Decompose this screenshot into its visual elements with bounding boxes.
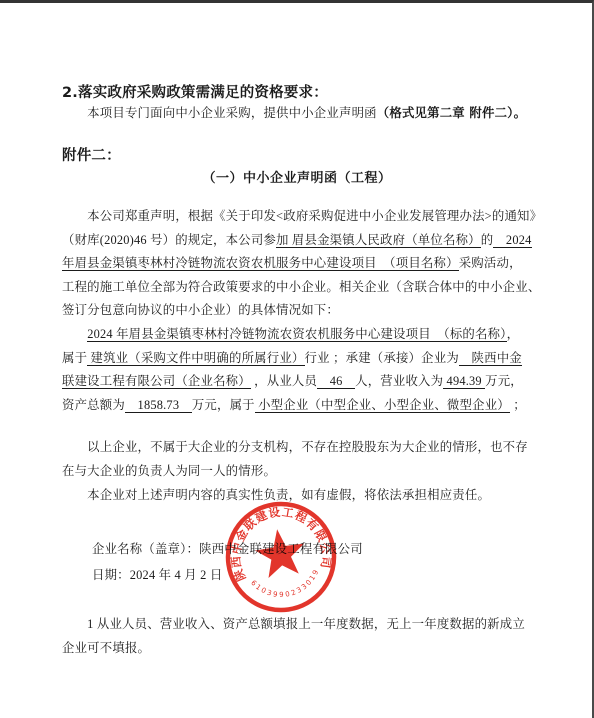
qualification-intro-paragraph: 本项目专门面向中小企业采购，提供中小企业声明函（格式见第二章 附件二）。 <box>62 101 542 126</box>
company-seal-stamp: 陕西中金联建设工程有限公司 6103990233019 <box>215 491 346 622</box>
document-page: 2.落实政府采购政策需满足的资格要求： 本项目专门面向中小企业采购，提供中小企业… <box>0 0 594 718</box>
doc-line: 2024 年眉县金渠镇枣林村冷链物流农资农机服务中心建设项目 （标的名称）， <box>62 323 542 347</box>
attachment-label: 附件二： <box>62 144 121 165</box>
doc-line: 以上企业，不属于大企业的分支机构，不存在控股股东为大企业的情形，也不存 <box>62 436 542 460</box>
doc-line: 本公司郑重声明，根据《关于印发<政府采购促进中小企业发展管理办法>的通知》 <box>62 205 542 229</box>
doc-line: 签订分包意向协议的中小企业）的具体情况如下： <box>62 299 542 323</box>
declaration-paragraph-1: 本公司郑重声明，根据《关于印发<政府采购促进中小企业发展管理办法>的通知》（财库… <box>62 205 542 323</box>
declaration-paragraph-2: 2024 年眉县金渠镇枣林村冷链物流农资农机服务中心建设项目 （标的名称），属于… <box>62 323 542 417</box>
footnote-block: 1 从业人员、营业收入、资产总额填报上一年度数据，无上一年度数据的新成立企业可不… <box>62 613 542 660</box>
doc-line: 联建设工程有限公司（企业名称） ，从业人员 46 人，营业收入为 494.39 … <box>62 370 542 394</box>
doc-line: 工程的施工单位全部为符合政策要求的中小企业。相关企业（含联合体中的中小企业、 <box>62 276 542 300</box>
qualification-requirements-heading: 2.落实政府采购政策需满足的资格要求： <box>62 81 328 102</box>
doc-line: 资产总额为 1858.73 万元，属于 小型企业（中型企业、小型企业、微型企业）… <box>62 394 542 418</box>
declaration-body: 本公司郑重声明，根据《关于印发<政府采购促进中小企业发展管理办法>的通知》（财库… <box>62 205 542 507</box>
doc-line: （财库(2020)46 号）的规定，本公司参加 眉县金渠镇人民政府（单位名称）的… <box>62 229 542 253</box>
doc-line: 企业可不填报。 <box>62 637 542 661</box>
declaration-title: （一）中小企业声明函（工程） <box>0 167 594 186</box>
doc-line: 属于 建筑业（采购文件中明确的所属行业）行业 ；承建（承接）企业为 陕西中金 <box>62 347 542 371</box>
doc-line: 1 从业人员、营业收入、资产总额填报上一年度数据，无上一年度数据的新成立 <box>62 613 542 637</box>
doc-line: 年眉县金渠镇枣林村冷链物流农资农机服务中心建设项目 （项目名称）采购活动， <box>62 252 542 276</box>
seal-star-icon <box>253 526 308 579</box>
doc-line: 在与大企业的负责人为同一人的情形。 <box>62 460 542 484</box>
doc-line: 本项目专门面向中小企业采购，提供中小企业声明函（格式见第二章 附件二）。 <box>62 101 542 126</box>
